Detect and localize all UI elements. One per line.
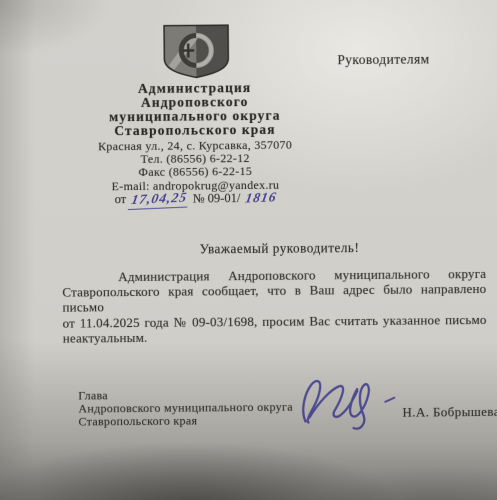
signer-title-block: Глава Андроповского муниципального округ…	[78, 388, 293, 429]
body-line: Ставропольского края сообщает, что в Ваш…	[62, 281, 486, 315]
ref-number-prefix: № 09-01/	[193, 191, 241, 205]
signature-scribble-icon	[295, 371, 398, 436]
signer-name: Н.А. Бобрышева	[402, 404, 497, 421]
org-name-block: Администрация Андроповского муниципально…	[59, 80, 331, 138]
ref-line: от 17,04,25 № 09-01/ 1816	[59, 189, 331, 209]
letter-body: Администрация Андроповского муниципально…	[62, 266, 487, 346]
salutation: Уважаемый руководитель!	[62, 239, 497, 259]
ref-number-handwritten: 1816	[244, 189, 278, 206]
contact-block: Красная ул., 24, с. Курсавка, 357070 Тел…	[59, 138, 331, 193]
coat-of-arms-icon	[159, 21, 234, 82]
letter-photo: Администрация Андроповского муниципально…	[0, 0, 497, 500]
date-prefix: от	[115, 192, 130, 206]
body-line: неактуальным.	[63, 327, 487, 346]
signer-title-line: Ставропольского края	[78, 413, 293, 428]
letter-paper: Администрация Андроповского муниципально…	[0, 0, 497, 500]
org-name-line: Ставропольского края	[59, 122, 331, 138]
addressee: Руководителям	[337, 51, 429, 68]
date-handwritten: 17,04,25	[128, 189, 191, 210]
